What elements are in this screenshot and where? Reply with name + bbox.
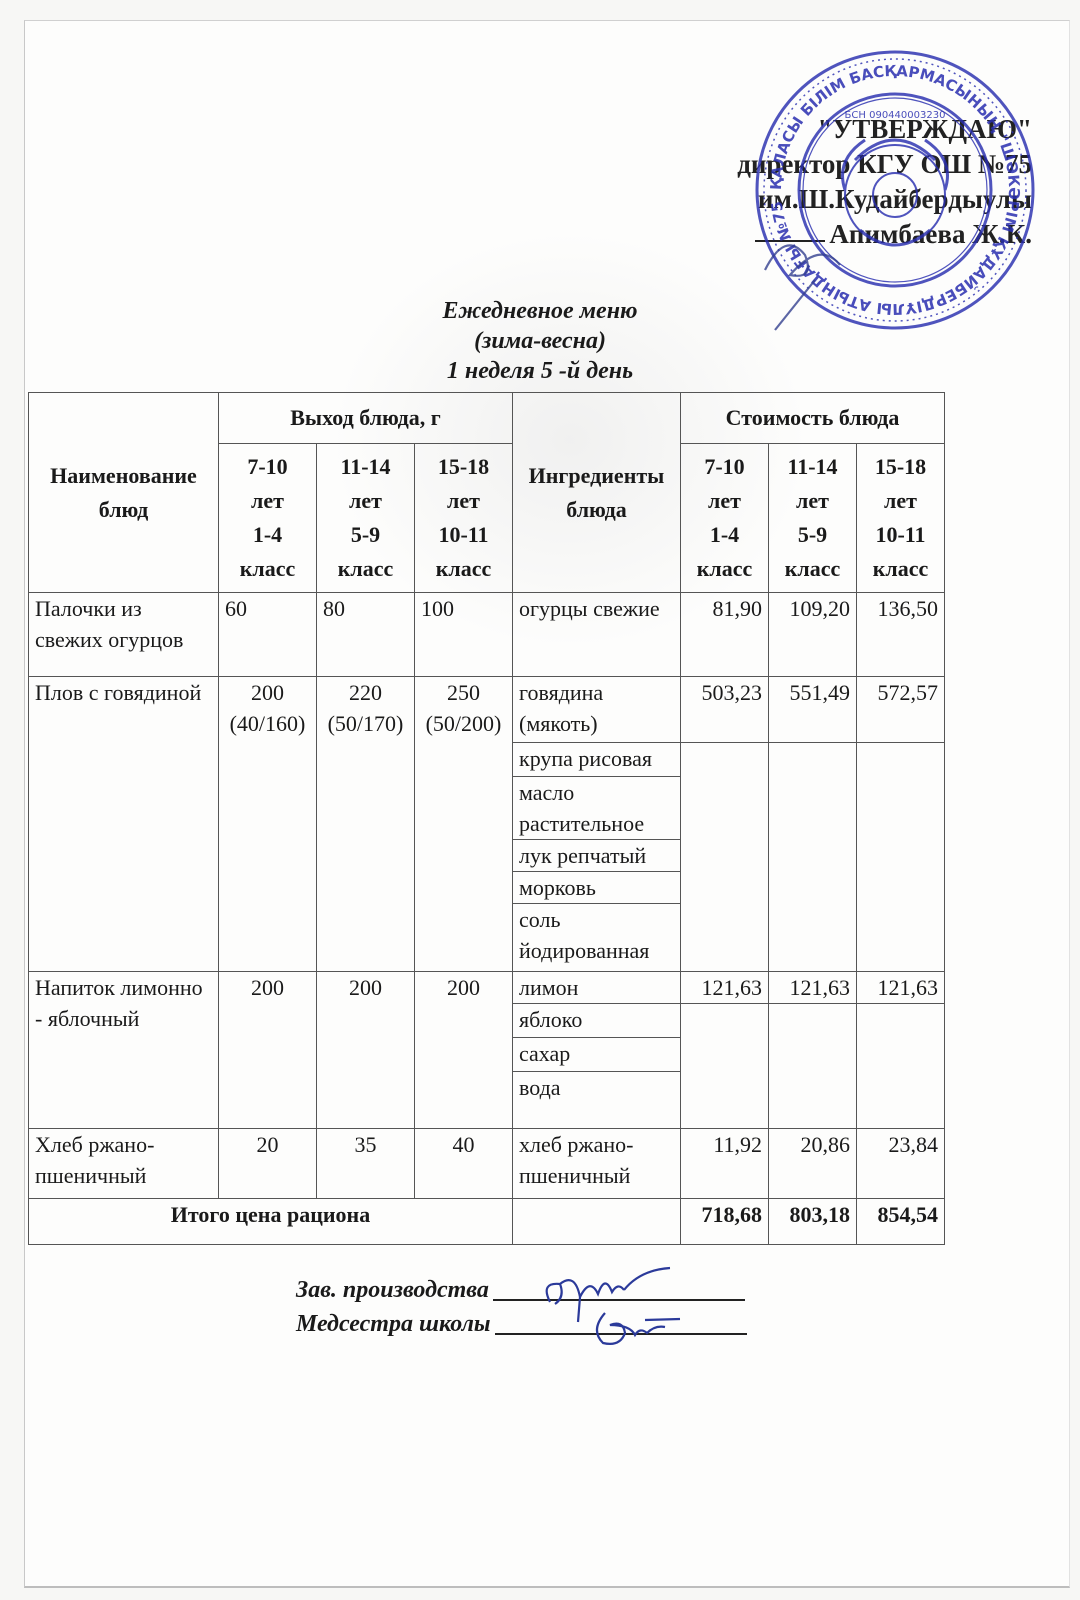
approval-position: директор КГУ ОШ №75: [672, 147, 1032, 182]
dish-cost-2: 23,84: [857, 1129, 945, 1199]
age-header-unit: лет: [323, 484, 408, 518]
output-age-header-0: 7-10лет1-4класс: [219, 444, 317, 593]
dish-cost-2: 136,50: [857, 593, 945, 677]
dish-output-2: 40: [415, 1129, 513, 1199]
age-header-grade-unit: класс: [421, 552, 506, 586]
approval-name: Апимбаева Ж.К.: [672, 217, 1032, 252]
dish-cost-0: 81,90: [681, 593, 769, 677]
dish-cost-0: 121,63: [681, 972, 769, 1004]
menu-body: Палочки из свежих огурцов6080100огурцы с…: [29, 593, 945, 1245]
signature-block: Зав. производства Медсестра школы: [296, 1273, 747, 1341]
age-header-grade: 1-4: [687, 518, 762, 552]
dish-output-2: 250 (50/200): [415, 677, 513, 972]
ingredient: крупа рисовая: [513, 743, 681, 777]
age-header-unit: лет: [863, 484, 938, 518]
ingredient: огурцы свежие: [513, 593, 681, 677]
header-dish-name: Наименование блюд: [29, 393, 219, 593]
cost-age-header-1: 11-14лет5-9класс: [769, 444, 857, 593]
dish-cost-0: 11,92: [681, 1129, 769, 1199]
age-header-age: 11-14: [323, 450, 408, 484]
dish-name: Плов с говядиной: [29, 677, 219, 972]
nurse-signature-line: [495, 1307, 747, 1335]
cost-empty-cell: [857, 743, 945, 972]
age-header-age: 15-18: [421, 450, 506, 484]
age-header-grade: 10-11: [421, 518, 506, 552]
age-header-grade: 10-11: [863, 518, 938, 552]
dish-row: Напиток лимонно - яблочный200200200лимон…: [29, 972, 945, 1004]
dish-cost-2: 572,57: [857, 677, 945, 743]
dish-output-2: 100: [415, 593, 513, 677]
ingredient: масло растительное: [513, 777, 681, 840]
approval-block: "УТВЕРЖДАЮ" директор КГУ ОШ №75 им.Ш.Куд…: [672, 112, 1032, 252]
dish-name: Напиток лимонно - яблочный: [29, 972, 219, 1129]
dish-row: Хлеб ржано-пшеничный203540хлеб ржано-пше…: [29, 1129, 945, 1199]
total-label: Итого цена рациона: [29, 1199, 513, 1245]
total-empty-cell: [513, 1199, 681, 1245]
age-header-grade: 5-9: [775, 518, 850, 552]
menu-title: Ежедневное меню (зима-весна) 1 неделя 5 …: [280, 296, 800, 386]
ingredient: лук репчатый: [513, 840, 681, 872]
age-header-unit: лет: [775, 484, 850, 518]
dish-output-1: 35: [317, 1129, 415, 1199]
dish-cost-2: 121,63: [857, 972, 945, 1004]
dish-cost-1: 109,20: [769, 593, 857, 677]
header-output-group: Выход блюда, г: [219, 393, 513, 444]
approval-title: "УТВЕРЖДАЮ": [672, 112, 1032, 147]
output-age-header-1: 11-14лет5-9класс: [317, 444, 415, 593]
dish-name: Палочки из свежих огурцов: [29, 593, 219, 677]
age-header-age: 7-10: [225, 450, 310, 484]
ingredient: морковь: [513, 872, 681, 904]
ingredient: хлеб ржано-пшеничный: [513, 1129, 681, 1199]
ingredient: говядина (мякоть): [513, 677, 681, 743]
cost-empty-cell: [681, 743, 769, 972]
header-cost-group: Стоимость блюда: [681, 393, 945, 444]
title-line-2: (зима-весна): [280, 326, 800, 356]
dish-output-0: 200 (40/160): [219, 677, 317, 972]
dish-cost-1: 551,49: [769, 677, 857, 743]
age-header-unit: лет: [225, 484, 310, 518]
dish-output-0: 200: [219, 972, 317, 1129]
ingredient: сахар: [513, 1038, 681, 1072]
age-header-grade: 1-4: [225, 518, 310, 552]
dish-output-0: 60: [219, 593, 317, 677]
age-header-grade: 5-9: [323, 518, 408, 552]
age-header-grade-unit: класс: [687, 552, 762, 586]
dish-output-1: 220 (50/170): [317, 677, 415, 972]
ingredient: вода: [513, 1072, 681, 1129]
director-signature-line: [755, 240, 825, 242]
header-ingredients: Ингредиенты блюда: [513, 393, 681, 593]
nurse-signature-row: Медсестра школы: [296, 1307, 747, 1341]
total-value-1: 803,18: [769, 1199, 857, 1245]
dish-name: Хлеб ржано-пшеничный: [29, 1129, 219, 1199]
age-header-age: 11-14: [775, 450, 850, 484]
production-label: Зав. производства: [296, 1273, 489, 1307]
total-value-2: 854,54: [857, 1199, 945, 1245]
title-line-1: Ежедневное меню: [280, 296, 800, 326]
dish-output-1: 200: [317, 972, 415, 1129]
dish-output-1: 80: [317, 593, 415, 677]
production-signature-row: Зав. производства: [296, 1273, 747, 1307]
dish-cost-1: 121,63: [769, 972, 857, 1004]
dish-row: Плов с говядиной200 (40/160)220 (50/170)…: [29, 677, 945, 743]
dish-cost-1: 20,86: [769, 1129, 857, 1199]
age-header-grade-unit: класс: [323, 552, 408, 586]
cost-age-header-0: 7-10лет1-4класс: [681, 444, 769, 593]
cost-empty-cell: [681, 1004, 769, 1129]
age-header-age: 7-10: [687, 450, 762, 484]
age-header-age: 15-18: [863, 450, 938, 484]
total-value-0: 718,68: [681, 1199, 769, 1245]
approval-school: им.Ш.Кудайбердыулы: [672, 182, 1032, 217]
title-line-3: 1 неделя 5 -й день: [280, 356, 800, 386]
cost-empty-cell: [857, 1004, 945, 1129]
dish-output-2: 200: [415, 972, 513, 1129]
cost-empty-cell: [769, 1004, 857, 1129]
age-header-grade-unit: класс: [863, 552, 938, 586]
total-row: Итого цена рациона718,68803,18854,54: [29, 1199, 945, 1245]
output-age-header-2: 15-18лет10-11класс: [415, 444, 513, 593]
ingredient: соль йодированная: [513, 904, 681, 972]
menu-table: Наименование блюд Выход блюда, г Ингреди…: [28, 392, 945, 1245]
dish-row: Палочки из свежих огурцов6080100огурцы с…: [29, 593, 945, 677]
age-header-grade-unit: класс: [225, 552, 310, 586]
cost-age-header-2: 15-18лет10-11класс: [857, 444, 945, 593]
production-signature-line: [493, 1273, 745, 1301]
nurse-label: Медсестра школы: [296, 1307, 491, 1341]
ingredient: яблоко: [513, 1004, 681, 1038]
age-header-unit: лет: [421, 484, 506, 518]
dish-cost-0: 503,23: [681, 677, 769, 743]
cost-empty-cell: [769, 743, 857, 972]
dish-output-0: 20: [219, 1129, 317, 1199]
age-header-unit: лет: [687, 484, 762, 518]
ingredient: лимон: [513, 972, 681, 1004]
age-header-grade-unit: класс: [775, 552, 850, 586]
